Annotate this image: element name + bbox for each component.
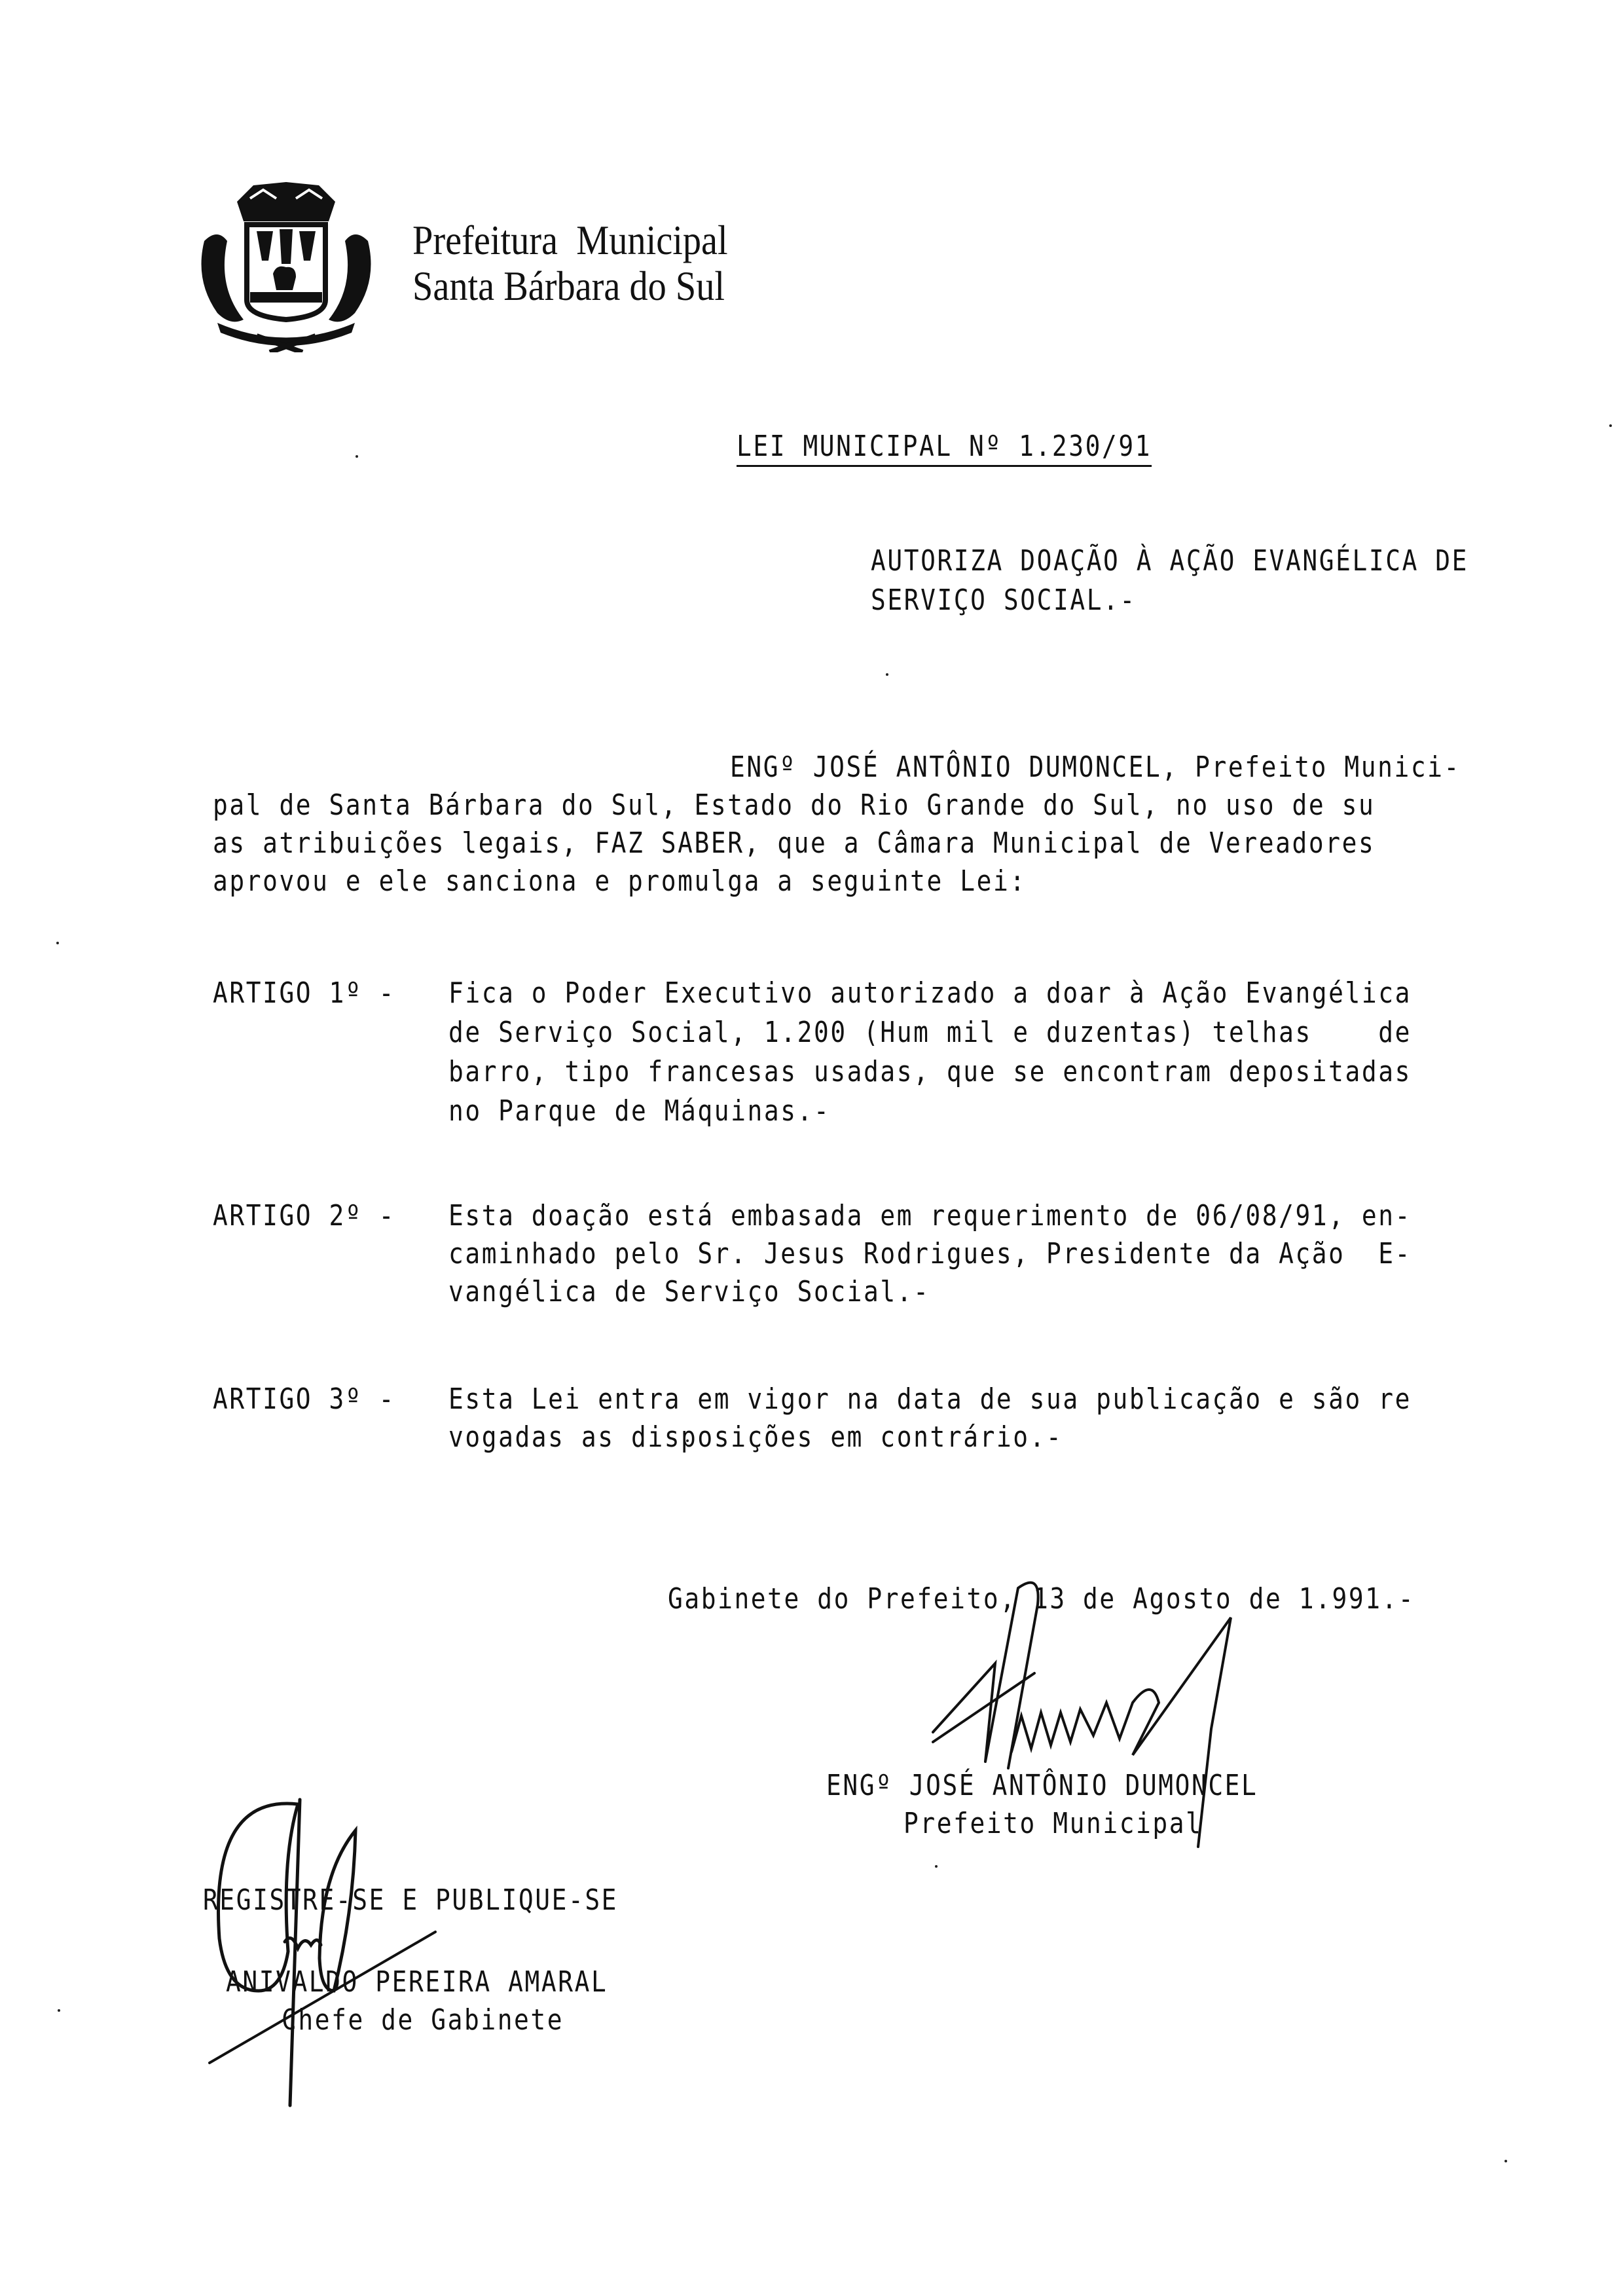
- preamble-line: as atribuições legais, FAZ SABER, que a …: [213, 829, 1375, 858]
- article-line: Esta Lei entra em vigor na data de sua p…: [448, 1385, 1412, 1414]
- article-line: de Serviço Social, 1.200 (Hum mil e duze…: [448, 1018, 1412, 1047]
- article-line: barro, tipo francesas usadas, que se enc…: [448, 1058, 1412, 1086]
- closing-date: Gabinete do Prefeito, 13 de Agosto de 1.…: [668, 1585, 1415, 1614]
- article-label: ARTIGO 1º -: [213, 979, 395, 1008]
- article-line: caminhado pelo Sr. Jesus Rodrigues, Pres…: [448, 1240, 1412, 1268]
- article-line: vogadas as disposições em contrário.-: [448, 1423, 1063, 1452]
- chief-role: Chefe de Gabinete: [282, 2006, 564, 2035]
- header-line-1: Prefeitura Municipal: [412, 219, 728, 261]
- article-line: Fica o Poder Executivo autorizado a doar…: [448, 979, 1412, 1008]
- article-line: Esta doação está embasada em requeriment…: [448, 1202, 1412, 1231]
- article-label: ARTIGO 3º -: [213, 1385, 395, 1414]
- preamble-line: aprovou e ele sanciona e promulga a segu…: [213, 867, 1027, 896]
- law-summary-line-2: SERVIÇO SOCIAL.-: [871, 586, 1137, 615]
- article-line: vangélica de Serviço Social.-: [448, 1278, 930, 1306]
- registration-instruction: REGISTRE-SE E PUBLIQUE-SE: [203, 1886, 618, 1915]
- municipal-coat-of-arms-icon: [191, 182, 381, 352]
- law-title: LEI MUNICIPAL Nº 1.230/91: [737, 432, 1152, 461]
- preamble-line: pal de Santa Bárbara do Sul, Estado do R…: [213, 791, 1375, 820]
- law-summary-line-1: AUTORIZA DOAÇÃO À AÇÃO EVANGÉLICA DE: [871, 547, 1468, 576]
- chief-signature-icon: [210, 1800, 435, 2105]
- chief-name: ANIVALDO PEREIRA AMARAL: [226, 1968, 608, 1997]
- header-line-2: Santa Bárbara do Sul: [412, 265, 725, 307]
- mayor-name: ENGº JOSÉ ANTÔNIO DUMONCEL: [826, 1771, 1258, 1800]
- mayor-role: Prefeito Municipal: [903, 1809, 1203, 1838]
- article-label: ARTIGO 2º -: [213, 1202, 395, 1231]
- article-line: no Parque de Máquinas.-: [448, 1097, 830, 1126]
- preamble-line: ENGº JOSÉ ANTÔNIO DUMONCEL, Prefeito Mun…: [730, 753, 1461, 782]
